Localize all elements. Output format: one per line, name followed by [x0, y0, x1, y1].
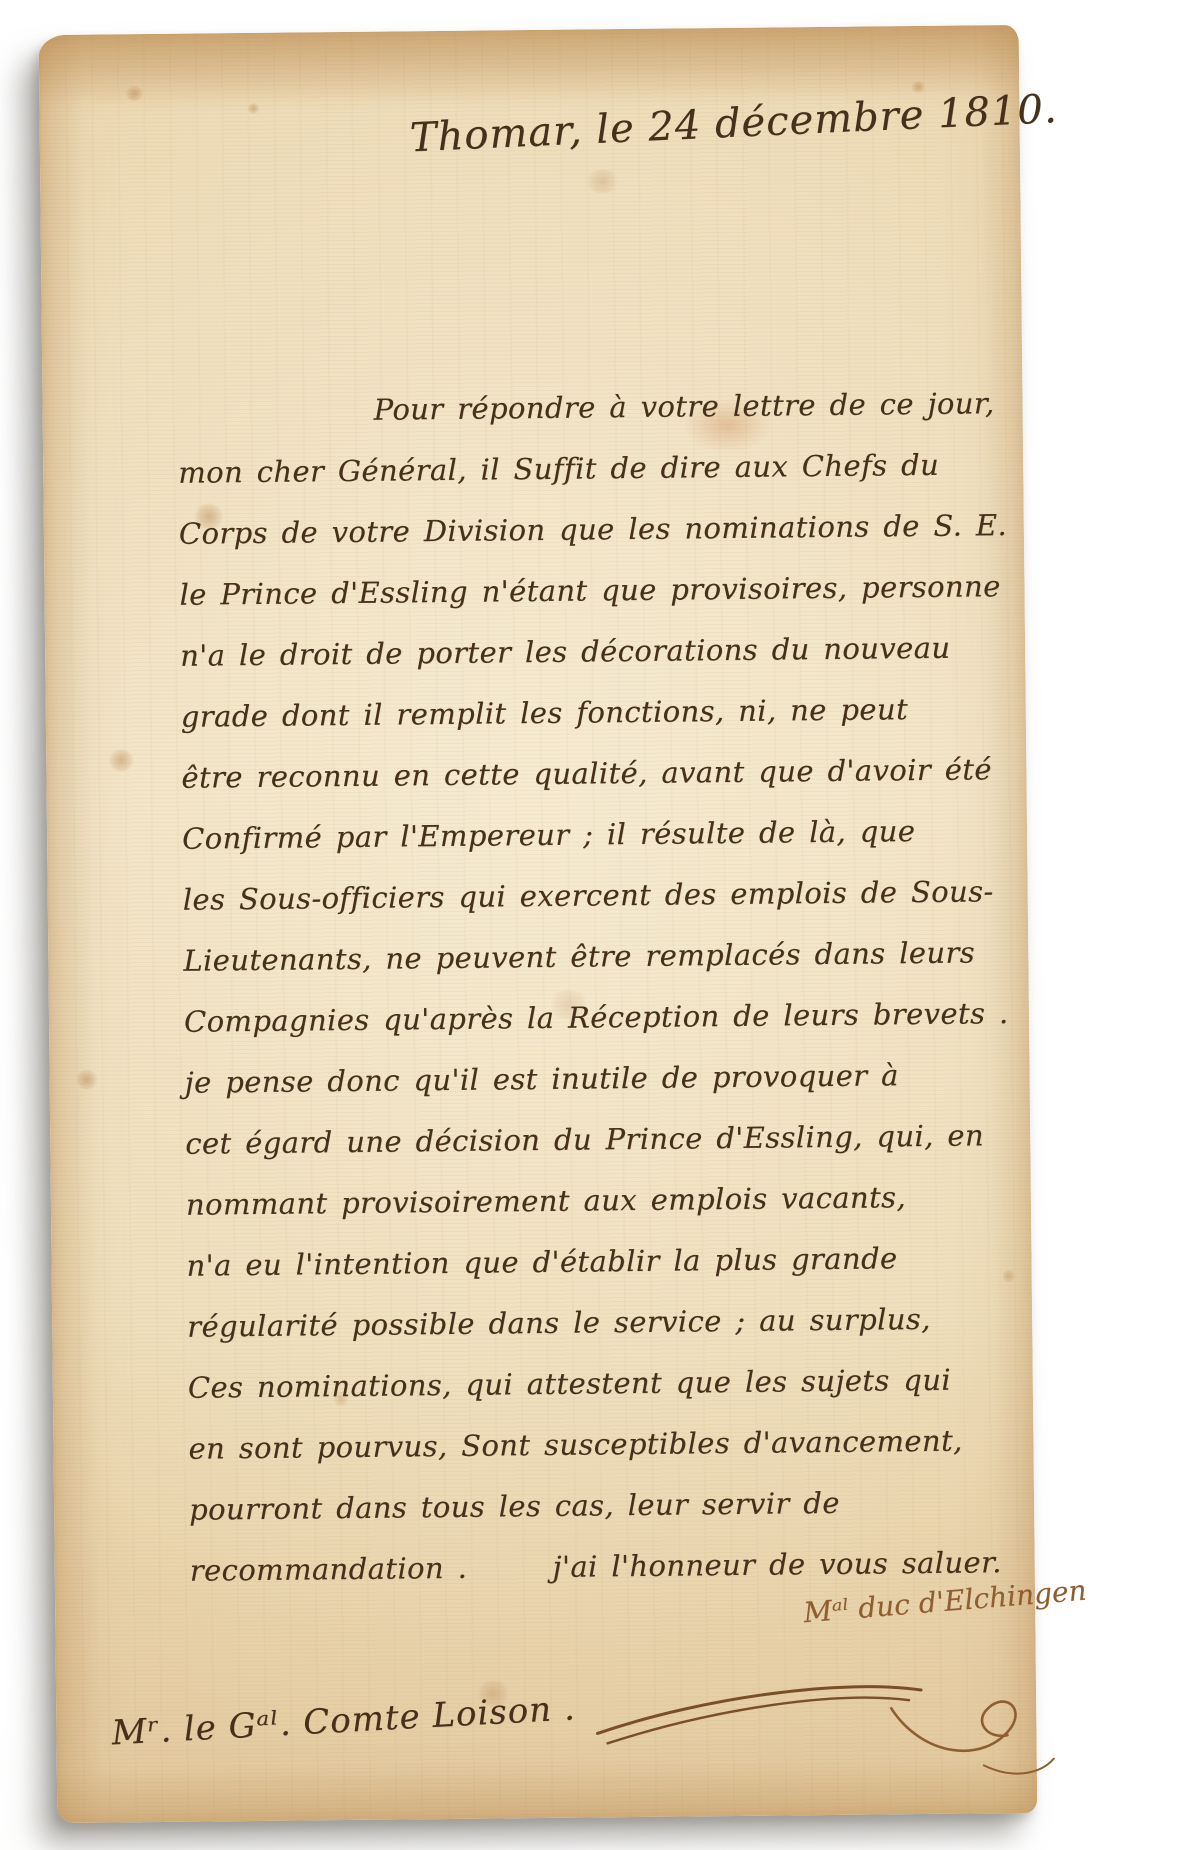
- letter-body: Pour répondre à votre lettre de ce jour,…: [177, 373, 1002, 1601]
- letter-line: nommant provisoirement aux emplois vacan…: [186, 1166, 999, 1235]
- recipient-address: Mʳ. le Gᵃˡ. Comte Loison .: [111, 1686, 612, 1753]
- foxing-spot: [125, 86, 143, 101]
- letter-line: Compagnies qu'après la Réception de leur…: [184, 983, 997, 1052]
- letter-line: être reconnu en cette qualité, avant que…: [181, 739, 994, 808]
- foxing-spot: [76, 1070, 98, 1090]
- signature-flourish: [591, 1647, 1063, 1802]
- letter-line: mon cher Général, il Suffit de dire aux …: [178, 434, 991, 503]
- letter-page: Thomar, le 24 décembre 1810. Pour répond…: [39, 25, 1038, 1823]
- letter-line: régularité possible dans le service ; au…: [187, 1288, 1000, 1357]
- letter-line: je pense donc qu'il est inutile de provo…: [184, 1044, 997, 1113]
- letter-line: les Sous-officiers qui exercent des empl…: [182, 861, 995, 930]
- photo-background: Thomar, le 24 décembre 1810. Pour répond…: [0, 0, 1200, 1850]
- dateline: Thomar, le 24 décembre 1810.: [409, 89, 990, 161]
- letter-line: pourront dans tous les cas, leur servir …: [189, 1471, 1002, 1540]
- letter-line: n'a le droit de porter les décorations d…: [180, 617, 993, 686]
- foxing-spot: [1002, 1270, 1016, 1282]
- letter-line: cet égard une décision du Prince d'Essli…: [185, 1105, 998, 1174]
- letter-line: le Prince d'Essling n'étant que provisoi…: [179, 556, 992, 625]
- foxing-spot: [247, 103, 259, 114]
- last-word: recommandation .: [189, 1538, 467, 1602]
- foxing-spot: [108, 749, 134, 771]
- letter-line: Corps de votre Division que les nominati…: [179, 495, 992, 564]
- letter-line: Ces nominations, qui attestent que les s…: [188, 1349, 1001, 1418]
- letter-line: en sont pourvus, Sont susceptibles d'ava…: [188, 1410, 1001, 1479]
- letter-line: Pour répondre à votre lettre de ce jour,: [177, 373, 990, 442]
- letter-line: grade dont il remplit les fonctions, ni,…: [180, 678, 993, 747]
- letter-line: Lieutenants, ne peuvent être remplacés d…: [183, 922, 996, 991]
- letter-line: Confirmé par l'Empereur ; il résulte de …: [182, 800, 995, 869]
- letter-line: n'a eu l'intention que d'établir la plus…: [186, 1227, 999, 1296]
- foxing-spot: [585, 169, 619, 193]
